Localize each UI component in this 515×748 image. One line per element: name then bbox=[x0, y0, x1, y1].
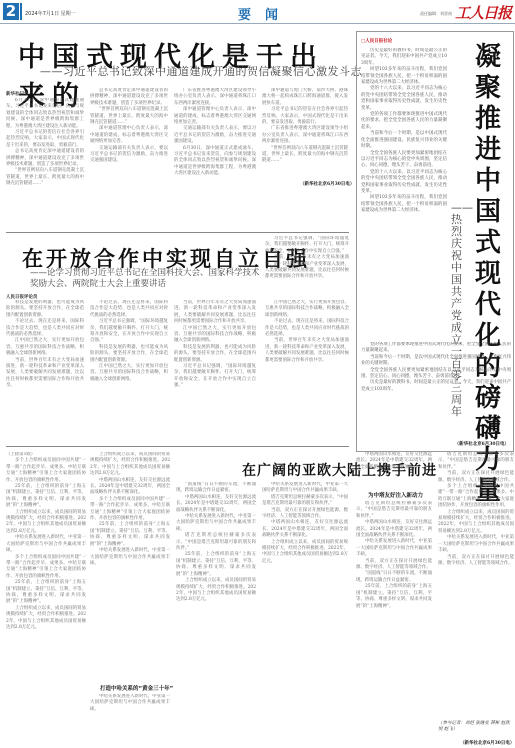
editorial-dateline: （新华社北京6月30日电） bbox=[455, 441, 509, 447]
editorial-box: □人民日报社论 凝聚推进中国式现代化的磅礴力量 ——热烈庆祝中国共产党成立一百零… bbox=[356, 31, 514, 452]
article1-column-2: 总书记高度肯定深中通道建设者的拼搏精神，深中通道建设攻克了多项世界级技术难题，创… bbox=[90, 88, 168, 186]
article3-byline: （参与记者：刘恺 张继业 蒋彬 赵欣悦 赵飞） bbox=[438, 720, 514, 732]
page-number: 2 bbox=[3, 3, 19, 20]
article1-byline: 新华社记者 bbox=[6, 91, 29, 97]
article1-column-1: 6月30日，深中通道正式建成通车。习近平总书记发来贺信，向参与规划建设的全体同志… bbox=[6, 98, 84, 186]
article2-column-3: 当前，世界百年未有之大变局加速演进，新一轮科技革命和产业变革深入发展，人类要破解… bbox=[174, 300, 256, 428]
issue-date: 2024年7月1日 星期一 bbox=[25, 10, 76, 17]
article2-subtitle: ——论学习贯彻习近平总书记在全国科技大会、国家科学技术奖励大会、两院院士大会上重… bbox=[30, 268, 265, 290]
article3-column-5a: 中塔两国山水相连，友好交往源远流长。2024年是中塔建交32周年，两国全面战略伙… bbox=[356, 452, 432, 488]
editor-credit: 责任编辑：刘晋南 bbox=[420, 11, 452, 17]
section-divider bbox=[6, 232, 349, 233]
article3-column-4: 中哈关系发展进入新时代，中亚第一大国哈萨克斯坦与中国合作共赢成果丰硕。 塔吉克斯… bbox=[262, 482, 348, 744]
section-divider bbox=[6, 446, 349, 447]
editorial-column-2: 党的各项工作都要体现推进中国式现代化的要求，把全党全国各族人民的力量凝聚起来。 … bbox=[361, 342, 511, 442]
editorial-source: □人民日报社论 bbox=[361, 38, 392, 44]
section-title: 要闻 bbox=[238, 4, 292, 23]
article2-column-2: 不论过去、现在还是将来，国际科技合作是大趋势，也是人类共同应对时代挑战的必然选择… bbox=[90, 300, 168, 428]
article3-column-6: 塔吉克斯坦总统拉赫蒙多次表示，“中国是塔吉克斯坦最可靠的朋友和伙伴。” 当前，双… bbox=[438, 452, 514, 717]
article3-subhead-2: 打造中哈关系的“黄金三十年” bbox=[100, 684, 173, 692]
article3-column-1: （上接第1版） 多个上合组织成员国同中国共建“一带一路”合作起步早、成果多。中哈… bbox=[6, 452, 86, 744]
article1-column-3: 广东省推进粤港澳大湾区建设领导小组办公室负责人表示，深中通道将珠江口东西两岸紧密… bbox=[174, 88, 256, 186]
page-number-bar bbox=[20, 3, 22, 20]
article2-column-top: 习近平总书记强调，“国际环境越复杂，我们越要敞开胸怀、打开大门，统筹开放和安全，… bbox=[265, 236, 349, 298]
article3-column-5: 塔吉克斯坦总统拉赫蒙多次表示，“中国是塔吉克斯坦最可靠的朋友和伙伴。” 中塔两国… bbox=[356, 501, 432, 744]
article2-column-4: 江中国已然之大，实行更加开放包容、互惠共享的国际科技合作战略，积极融入全球创新网… bbox=[265, 300, 349, 428]
article1-column-4: 深中通道与虎门大桥、南沙大桥、港珠澳大桥一起构成珠江口跨海通道群，驶入发展快车道… bbox=[262, 88, 348, 180]
article3-column-3: “国道线”日日不断的车流，不断涌现，跨境运输合作日益紧密。 中塔两国山水相连，友… bbox=[176, 482, 256, 744]
article1-dateline: （新华社北京6月30日电） bbox=[300, 181, 354, 187]
article3-dateline: （新华社北京6月30日电） bbox=[460, 740, 514, 746]
article2-column-1: 科技是发展的利器，也可能成为风险的源头。要坚持开放合作，在全球范围内配置创新资源… bbox=[6, 300, 84, 428]
editorial-column-1: 历史是最好的教科书，时间是最公正的见证者。今天，我们迎来中国共产党成立103周年… bbox=[361, 48, 447, 338]
article1-subtitle: ——习近平总书记致深中通道建成开通的贺信凝聚信心激发斗志 bbox=[40, 63, 362, 79]
masthead: 2 2024年7月1日 星期一 要闻 责任编辑：刘晋南 工人日报 bbox=[0, 0, 515, 24]
newspaper-logo: 工人日报 bbox=[455, 2, 511, 23]
article3-column-2: 上合组织成立以来，成员国间的贸易规模持续扩大，经贸合作积极推进。2022年，中国… bbox=[90, 452, 170, 680]
article3-column-2b: 中哈关系发展进入新时代，中亚第一大国哈萨克斯坦与中国合作共赢成果丰硕。 bbox=[90, 694, 170, 744]
article3-subhead-1: 为中塔友好注入新动力 bbox=[368, 491, 423, 499]
